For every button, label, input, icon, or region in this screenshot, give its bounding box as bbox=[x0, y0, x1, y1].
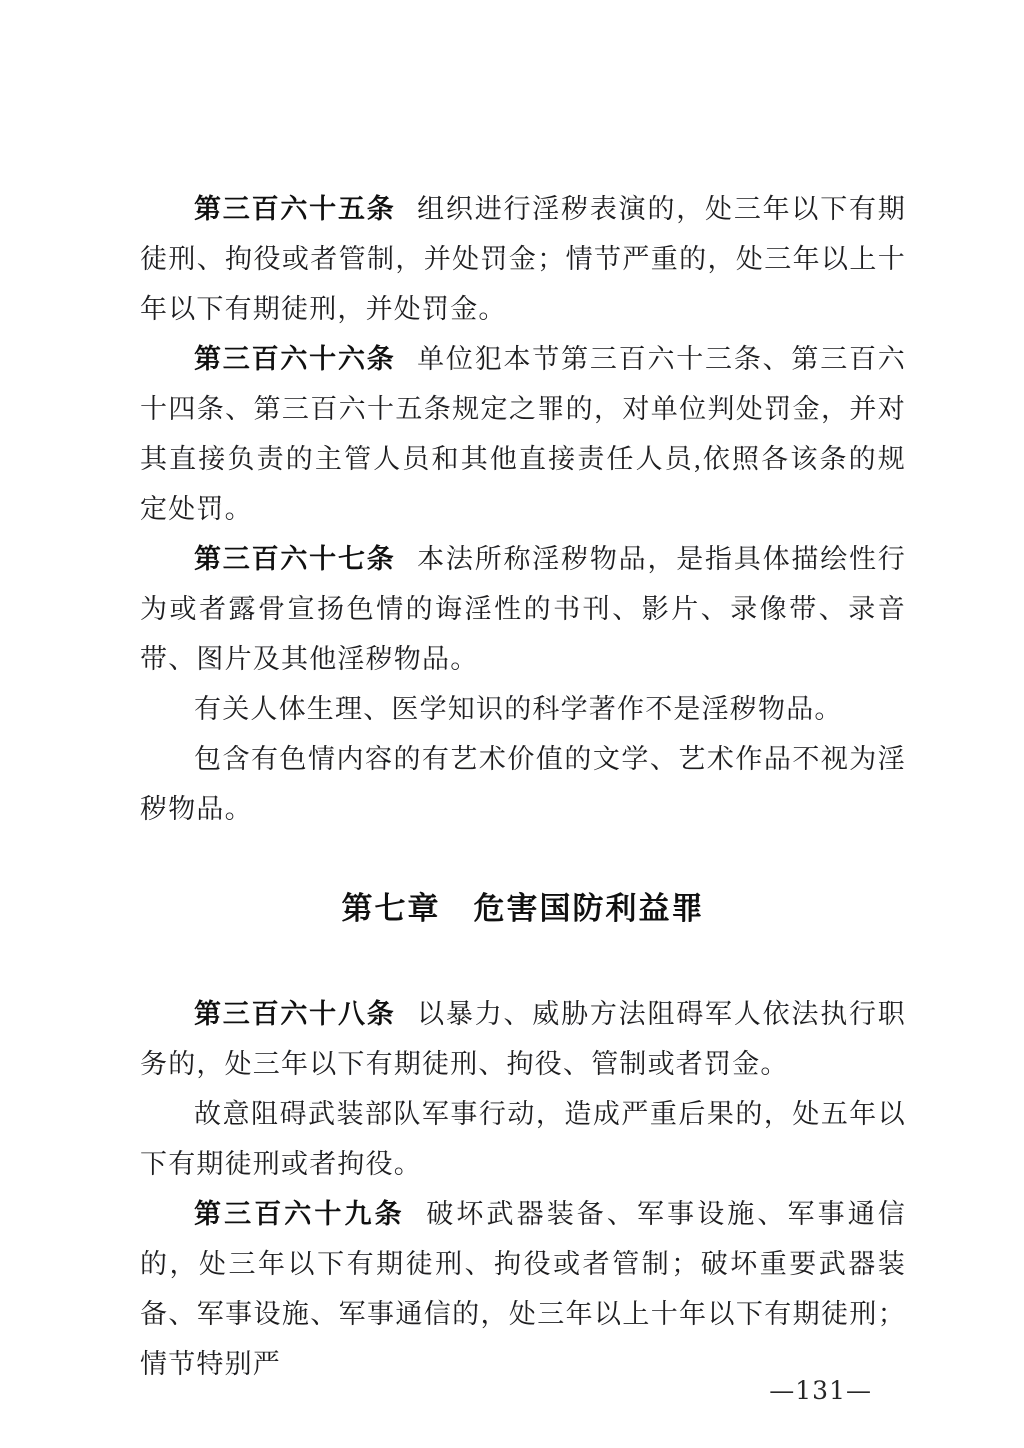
article-number: 第三百六十五条 bbox=[194, 194, 396, 224]
article-number: 第三百六十九条 bbox=[194, 1199, 405, 1229]
article-368-paragraph: 第三百六十八条以暴力、威胁方法阻碍军人依法执行职务的，处三年以下有期徒刑、拘役、… bbox=[140, 989, 906, 1089]
page-number: —131— bbox=[769, 1376, 872, 1405]
article-number: 第三百六十七条 bbox=[194, 544, 396, 574]
chapter-heading: 第七章 危害国防利益罪 bbox=[140, 884, 906, 934]
article-369-paragraph: 第三百六十九条破坏武器装备、军事设施、军事通信的，处三年以下有期徒刑、拘役或者管… bbox=[140, 1189, 906, 1389]
article-365-paragraph: 第三百六十五条组织进行淫秽表演的，处三年以下有期徒刑、拘役或者管制，并处罚金；情… bbox=[140, 184, 906, 334]
article-368-paragraph-2: 故意阻碍武装部队军事行动，造成严重后果的，处五年以下有期徒刑或者拘役。 bbox=[140, 1089, 906, 1189]
article-body-text: 包含有色情内容的有艺术价值的文学、艺术作品不视为淫秽物品。 bbox=[140, 744, 906, 824]
article-366-paragraph: 第三百六十六条单位犯本节第三百六十三条、第三百六十四条、第三百六十五条规定之罪的… bbox=[140, 334, 906, 534]
law-text-block: 第三百六十五条组织进行淫秽表演的，处三年以下有期徒刑、拘役或者管制，并处罚金；情… bbox=[140, 184, 906, 1389]
article-367-paragraph: 第三百六十七条本法所称淫秽物品，是指具体描绘性行为或者露骨宣扬色情的诲淫性的书刊… bbox=[140, 534, 906, 684]
article-number: 第三百六十八条 bbox=[194, 999, 396, 1029]
article-body-text: 有关人体生理、医学知识的科学著作不是淫秽物品。 bbox=[194, 694, 843, 724]
article-367-paragraph-2: 有关人体生理、医学知识的科学著作不是淫秽物品。 bbox=[140, 684, 906, 734]
article-number: 第三百六十六条 bbox=[194, 344, 396, 374]
document-page: 第三百六十五条组织进行淫秽表演的，处三年以下有期徒刑、拘役或者管制，并处罚金；情… bbox=[0, 0, 1024, 1448]
article-body-text: 故意阻碍武装部队军事行动，造成严重后果的，处五年以下有期徒刑或者拘役。 bbox=[140, 1099, 906, 1179]
article-367-paragraph-3: 包含有色情内容的有艺术价值的文学、艺术作品不视为淫秽物品。 bbox=[140, 734, 906, 834]
